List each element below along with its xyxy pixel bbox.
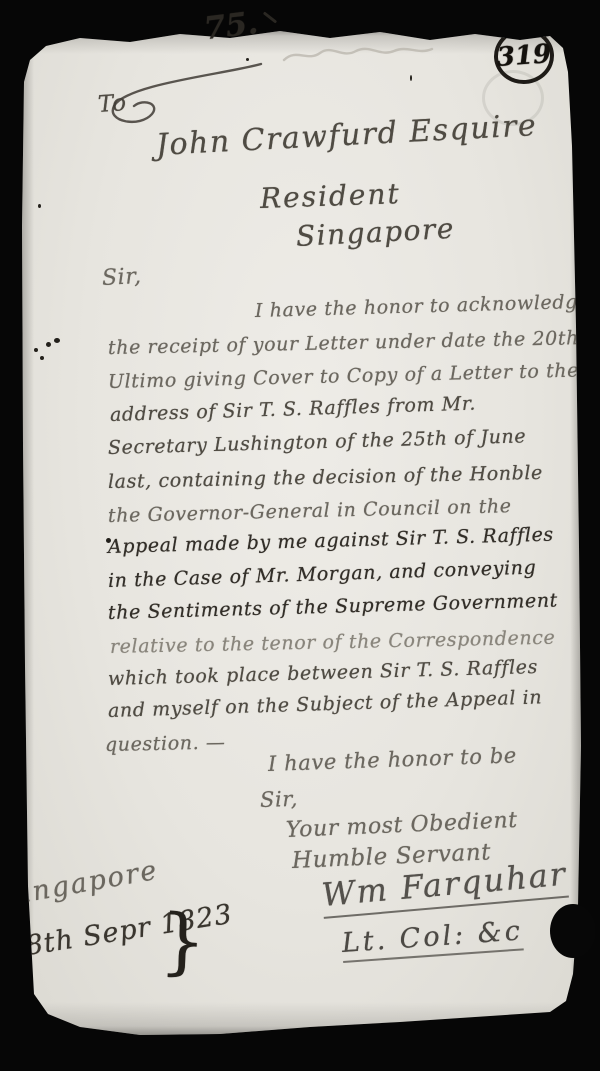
ink-spot [40,356,44,360]
body-line: Secretary Lushington of the 25th of June [108,425,527,459]
folio-number: 75. [202,5,260,47]
body-line: last, containing the decision of the Hon… [108,462,543,493]
faint-pencil-inscription [282,40,434,68]
signature-rank: Lt. Col: &c [341,915,524,963]
ink-spot [34,348,38,352]
recipient-place: Singapore [295,212,456,253]
closing-line: Sir, [260,787,299,812]
ink-spot [410,75,412,81]
stamp-ghost-impression [482,70,544,126]
body-line: in the Case of Mr. Morgan, and conveying [108,557,537,592]
body-line: address of Sir T. S. Raffles from Mr. [110,393,477,426]
ink-spot [46,342,51,347]
closing-line: Your most Obedient [285,808,518,843]
body-line: relative to the tenor of the Corresponde… [110,627,556,658]
body-line: I have the honor to acknowledge [255,291,590,322]
dateline-place: Singapore [0,855,161,913]
ink-spot [38,204,41,208]
pen-flourish [56,54,276,134]
body-line: the Sentiments of the Supreme Government [108,589,558,624]
body-line: Appeal made by me against Sir T. S. Raff… [108,524,554,558]
scanned-letter-page: To John Crawfurd Esquire Resident Singap… [0,0,600,1071]
recipient-title: Resident [259,177,401,215]
body-line: the Governor-General in Council on the [108,495,512,527]
binding-blob [550,904,596,958]
dateline-brace: } [159,898,208,984]
body-line: question. — [105,731,226,756]
ink-spot [246,58,249,61]
body-line: the receipt of your Letter under date th… [108,327,579,359]
document-paper: To John Crawfurd Esquire Resident Singap… [20,26,582,1040]
closing-line: I have the honor to be [268,743,518,776]
salutation: Sir, [101,264,142,291]
folio-tick-mark [263,11,277,23]
ink-spot [106,538,111,543]
body-line: Ultimo giving Cover to Copy of a Letter … [108,359,579,393]
body-line: which took place between Sir T. S. Raffl… [108,656,539,690]
body-line: and myself on the Subject of the Appeal … [108,686,543,722]
ink-spot [54,338,60,343]
